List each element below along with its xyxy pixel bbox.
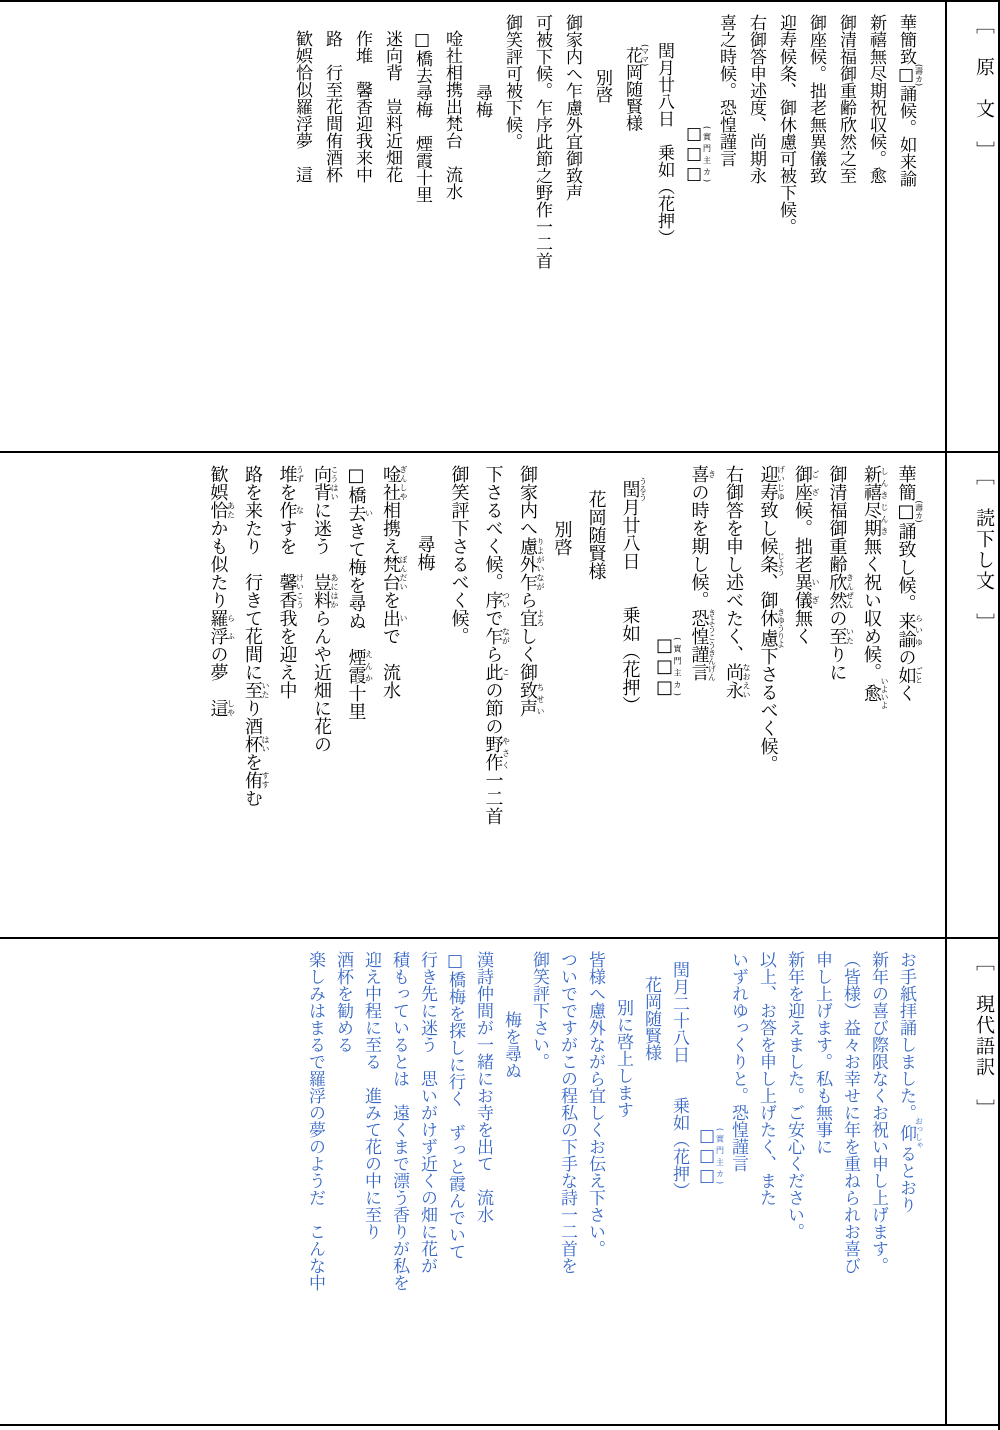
text-column: 路 行至花間侑酒杯 [317, 14, 347, 445]
ruby-annotated-text: 閏うるう [620, 477, 641, 498]
text-column: 右御答申述度、尚期永 [741, 14, 771, 445]
ruby-annotated-text: 喜き [689, 465, 710, 483]
text-column: 喜きの時を期し候。恐惶謹言きようこうきんげん [682, 465, 717, 931]
text-column: □□□(實門主カ) [693, 951, 724, 1418]
gendaigoyaku-section: お手紙拝誦しました。仰おっしゃるとおり新年の喜び際限なくお祝い申し上げます。（皆… [0, 939, 998, 1426]
gendaigoyaku-header: ［ 現代語訳 ］ [945, 939, 998, 1424]
text-column: 下さるべく候。序ついで乍ながら此この節の野作やさく一二首 [476, 465, 511, 931]
text-column: 御笑評下さい。 [525, 951, 553, 1418]
gendaigoyaku-title: ［ 現代語訳 ］ [973, 952, 995, 1120]
text-column: 梅を尋ぬ [497, 951, 525, 1418]
text-column: 別啓 [545, 465, 579, 931]
ruby-annotated-text: □□□(實門主カ) [697, 1126, 717, 1186]
ruby-annotated-text: 宜よろ [517, 609, 538, 627]
ruby-annotated-text: 如ごと [896, 666, 917, 684]
text-column: 華簡致□(壽カ)誦候。如来諭 [891, 14, 923, 445]
ruby-annotated-text: 野作やさく [483, 735, 504, 771]
text-column: 以上、お答を申し上げたく、また [752, 951, 780, 1418]
text-column: 御座ござ候。拙老異儀いぎ無く [785, 465, 820, 931]
yomikudashi-header: ［ 読下し文 ］ [945, 453, 998, 937]
genbun-text-area: 華簡致□(壽カ)誦候。如来諭新禧無尽期祝収候。愈御清福御重齢欣然之至御座候。拙老… [0, 2, 945, 451]
ruby-annotated-text: 唫社ぎんしや [380, 465, 401, 501]
text-column: 歓娯恰似羅浮夢 這 [287, 14, 317, 445]
ruby-annotated-text: 異儀いぎ [792, 573, 813, 609]
text-column: 堆うずを作なすを 馨香けいこう我を迎え中 [270, 465, 305, 931]
text-column: 楽しみはまるで羅浮の夢のようだ こんな中 [301, 951, 329, 1418]
text-column: お手紙拝誦しました。仰おっしゃるとおり [892, 951, 923, 1418]
text-column: □橋去尋梅 煙霞十里 [407, 14, 437, 445]
text-column: 向背こうはいに迷う 豈料あにはからんや近畑に花の [304, 465, 339, 931]
text-column: 喜之時候。恐惶謹言 [711, 14, 741, 445]
ruby-annotated-text: 梵台ぼんだい [380, 555, 401, 591]
ruby-annotated-text: 仰おっしゃ [896, 1121, 916, 1145]
ruby-annotated-text: 至いた [242, 681, 263, 699]
text-column: 華簡□(壽カ)誦致し候。来諭らいゆの如ごとく [889, 465, 924, 931]
ruby-annotated-text: 花(ママ) [622, 44, 642, 64]
text-column: 花岡随賢様 [579, 465, 613, 931]
text-column: 路を来たり 行きて花間に至いたり酒杯はいを侑すすむ [235, 465, 270, 931]
text-column: いずれゆっくりと。恐惶謹言 [724, 951, 752, 1418]
ruby-annotated-text: 愈いよいよ [861, 681, 882, 709]
text-column: □橋去いきて梅を尋ぬ 煙霞えんか十里 [339, 465, 374, 931]
ruby-annotated-text: 作な [277, 501, 298, 519]
ruby-annotated-text: 休慮きゆうりよ [758, 609, 779, 647]
ruby-annotated-text: 御座ござ [792, 465, 813, 501]
text-column: 御座候。拙老無異儀致 [801, 14, 831, 445]
text-column: □□□(實門主カ) [679, 14, 711, 445]
text-column: 新禧尽期しんきじんき無く祝い収め候。愈いよいよ [854, 465, 889, 931]
text-column: 別啓 [587, 14, 617, 445]
ruby-annotated-text: 尚永なおえい [723, 663, 744, 699]
text-column: （皆様）益々お幸せに年を重ねられお喜び [836, 951, 864, 1418]
text-column: 御笑評下さるべく候。 [442, 465, 476, 931]
text-column: 御清福御重齢欣然之至 [831, 14, 861, 445]
text-column: □□□(實門主カ) [647, 465, 682, 931]
ruby-annotated-text: 這しや [208, 699, 229, 717]
ruby-annotated-text: □(壽カ) [896, 501, 917, 522]
text-column: 唫社相携出梵台 流水 [437, 14, 467, 445]
text-column: 右御答を申し述べたく、尚永なおえい [716, 465, 751, 931]
text-column: 申し上げます。私も無事に [808, 951, 836, 1418]
text-column: 御家内へ乍慮外宜御致声 [557, 14, 587, 445]
text-column: 閏月二十八日 乗如（花押） [665, 951, 693, 1418]
ruby-annotated-text: 杯はい [242, 735, 263, 753]
ruby-annotated-text: 豈料あにはか [311, 573, 332, 609]
ruby-annotated-text: 至いた [827, 627, 848, 645]
ruby-annotated-text: □□□(實門主カ) [654, 635, 675, 698]
text-column: 迎え中程に至る 進みて花の中に至り [357, 951, 385, 1418]
ruby-annotated-text: 致声ちせい [517, 681, 538, 717]
yomikudashi-section: 華簡□(壽カ)誦致し候。来諭らいゆの如ごとく新禧尽期しんきじんき無く祝い収め候。… [0, 453, 998, 939]
text-column: 花岡随賢様 [637, 951, 665, 1418]
genbun-header: ［ 原 文 ］ [945, 2, 998, 451]
ruby-annotated-text: 欣然きんぜん [827, 573, 848, 609]
ruby-annotated-text: 去い [346, 504, 367, 522]
text-column: 積もっているとは 遠くまで漂う香りが私を [385, 951, 413, 1418]
text-column: 尋梅 [408, 465, 442, 931]
ruby-annotated-text: □(壽カ) [896, 65, 916, 85]
text-column: 御笑評可被下候。 [497, 14, 527, 445]
text-column: □橋梅を探しに行く ずっと霞んでいて [441, 951, 469, 1418]
ruby-annotated-text: 堆うず [277, 465, 298, 483]
gendaigoyaku-text-area: お手紙拝誦しました。仰おっしゃるとおり新年の喜び際限なくお祝い申し上げます。（皆… [0, 939, 945, 1424]
text-column: 酒杯を勧める [329, 951, 357, 1418]
ruby-annotated-text: 向背こうはい [311, 465, 332, 501]
genbun-section: 華簡致□(壽カ)誦候。如来諭新禧無尽期祝収候。愈御清福御重齢欣然之至御座候。拙老… [0, 2, 998, 453]
text-column: 新年の喜び際限なくお祝い申し上げます。 [864, 951, 892, 1418]
text-column: 新禧無尽期祝収候。愈 [861, 14, 891, 445]
ruby-annotated-text: 新禧尽期しんきじんき [861, 465, 882, 537]
text-column: 新年を迎えました。ご安心ください。 [780, 951, 808, 1418]
ruby-annotated-text: 来諭らいゆ [896, 612, 917, 648]
text-column: 行き先に迷う 思いがけず近くの畑に花が [413, 951, 441, 1418]
ruby-annotated-text: 羅浮らふ [208, 609, 229, 645]
ruby-annotated-text: 慮外乍りよがいなが [517, 537, 538, 591]
text-column: 閏うるう月廿八日 乗如（花押） [613, 465, 648, 931]
text-column: 迎寿候条、御休慮可被下候。 [771, 14, 801, 445]
text-column: 歓娯恰あたかも似たり羅浮らふの夢 這しや [201, 465, 236, 931]
text-column: 御清福御重齢欣然きんぜんの至いたりに [820, 465, 855, 931]
ruby-annotated-text: 条じよう [758, 555, 779, 573]
text-column: 唫社ぎんしや相携え梵台ぼんだいを出いで 流水 [373, 465, 408, 931]
text-column: 別に啓上します [609, 951, 637, 1418]
ruby-annotated-text: □□□(實門主カ) [684, 124, 704, 184]
text-column: 皆様へ慮外ながら宜しくお伝え下さい。 [581, 951, 609, 1418]
ruby-annotated-text: 恐惶謹言きようこうきんげん [689, 609, 710, 681]
ruby-annotated-text: 出い [380, 609, 401, 627]
text-column: 御家内へ慮外乍りよがいながら宜よろしく御致声ちせい [510, 465, 545, 931]
ruby-annotated-text: 侑すす [242, 771, 263, 789]
yomikudashi-text-area: 華簡□(壽カ)誦致し候。来諭らいゆの如ごとく新禧尽期しんきじんき無く祝い収め候。… [0, 453, 945, 937]
text-column: 閏月廿八日 乗如（花押） [649, 14, 679, 445]
text-column: 迷向背 豈料近畑花 [377, 14, 407, 445]
text-column: 花(ママ)岡随賢様 [617, 14, 649, 445]
document-page: 華簡致□(壽カ)誦候。如来諭新禧無尽期祝収候。愈御清福御重齢欣然之至御座候。拙老… [0, 0, 1000, 1430]
text-column: 可被下候。乍序此節之野作一二首 [527, 14, 557, 445]
ruby-annotated-text: 馨香けいこう [277, 573, 298, 609]
genbun-title: ［ 原 文 ］ [973, 15, 995, 162]
text-column: 迎寿げいじゆ致し候条じよう、御休慮きゆうりよ下さるべく候。 [751, 465, 786, 931]
ruby-annotated-text: 煙霞えんか [346, 648, 367, 684]
ruby-annotated-text: 乍なが [483, 627, 504, 645]
ruby-annotated-text: 序つい [483, 591, 504, 609]
ruby-annotated-text: 迎寿げいじゆ [758, 465, 779, 501]
ruby-annotated-text: 恰あた [208, 501, 229, 519]
yomikudashi-title: ［ 読下し文 ］ [973, 466, 995, 634]
text-column: 作堆 馨香迎我来中 [347, 14, 377, 445]
text-column: 尋梅 [467, 14, 497, 445]
text-column: ついでですがこの程私の下手な詩一二首を [553, 951, 581, 1418]
ruby-annotated-text: 此こ [483, 663, 504, 681]
text-column: 漢詩仲間が一緒にお寺を出て 流水 [469, 951, 497, 1418]
